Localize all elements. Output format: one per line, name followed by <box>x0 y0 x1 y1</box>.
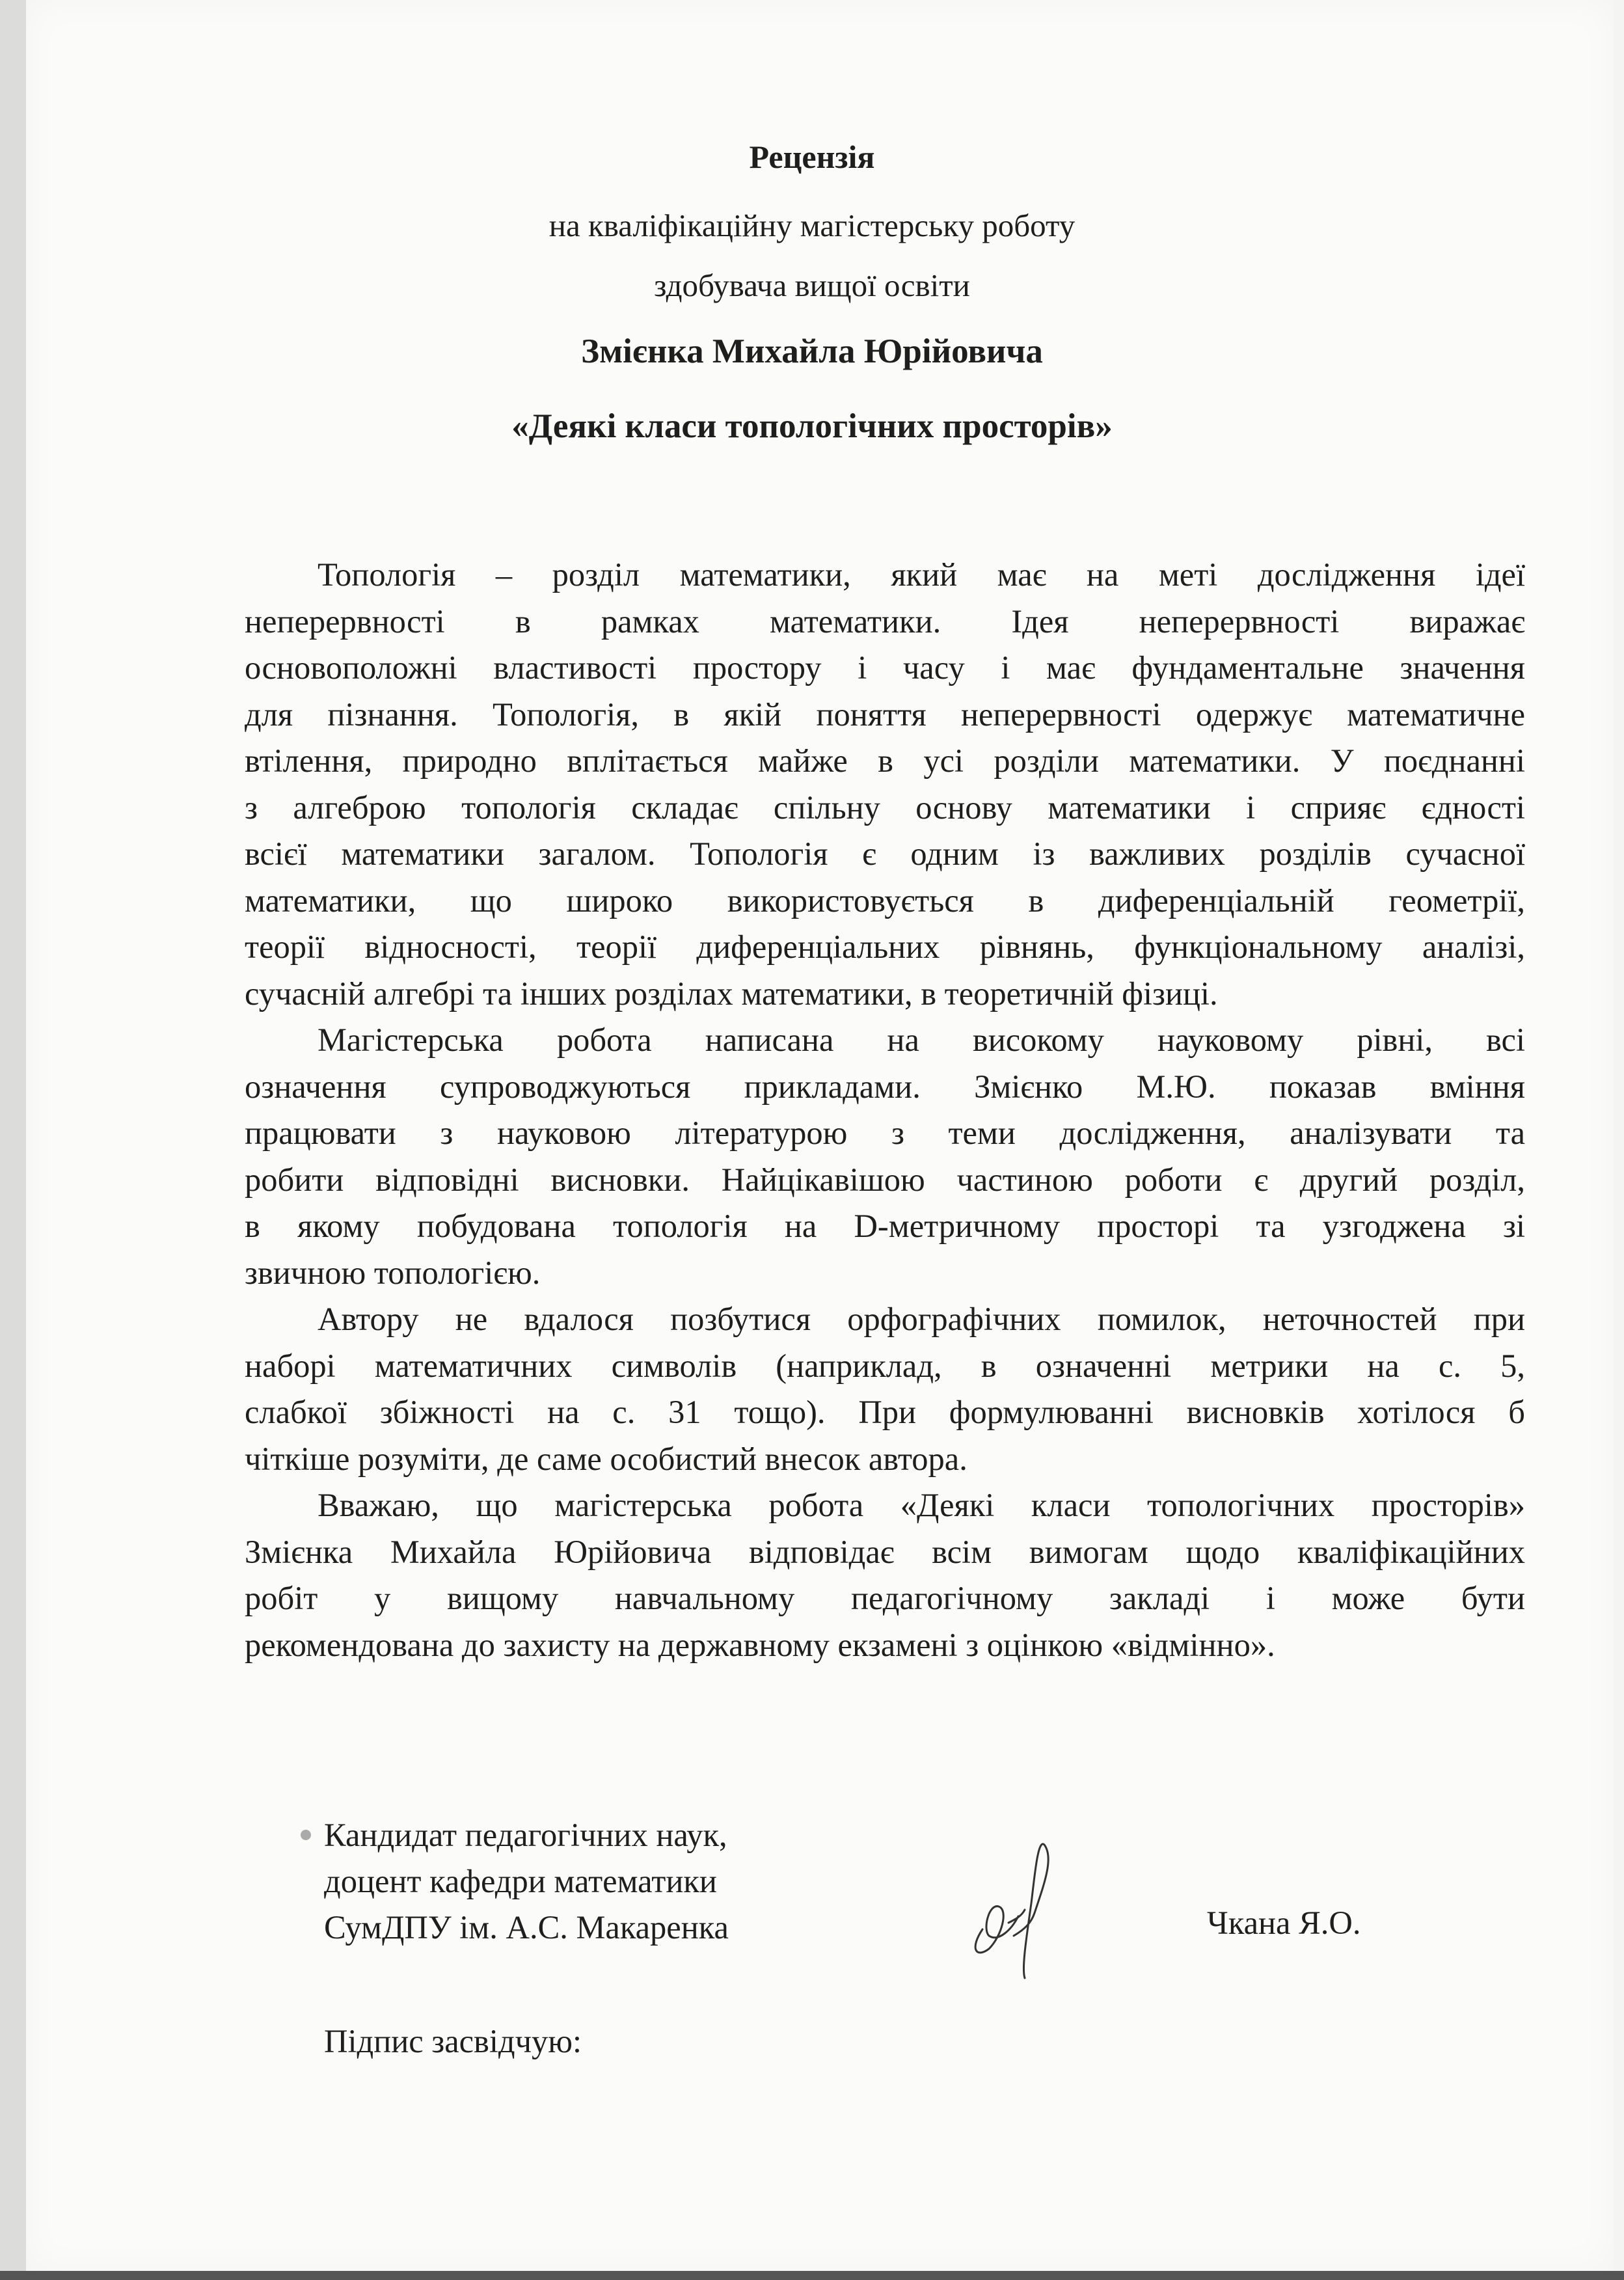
text-line: робіт у вищому навчальному педагогічному… <box>245 1575 1525 1622</box>
text-line: сучасній алгебрі та інших розділах матем… <box>245 971 1525 1018</box>
paragraph-2: Магістерська робота написана на високому… <box>245 1017 1525 1296</box>
text-line: з алгеброю топологія складає спільну осн… <box>245 785 1525 832</box>
reviewer-institution: СумДПУ ім. А.С. Макаренка <box>324 1905 729 1951</box>
text-line: основоположні властивості простору і час… <box>245 645 1525 692</box>
text-line: Топологія – розділ математики, який має … <box>245 552 1525 599</box>
text-line: працювати з науковою літературою з теми … <box>245 1110 1525 1157</box>
reviewer-degree: Кандидат педагогічних наук, <box>324 1812 729 1858</box>
text-line: неперервності в рамках математики. Ідея … <box>245 599 1525 645</box>
text-line: всієї математики загалом. Топологія є од… <box>245 831 1525 878</box>
text-line: математики, що широко використовується в… <box>245 878 1525 925</box>
reviewer-credentials: Кандидат педагогічних наук, доцент кафед… <box>324 1812 729 1951</box>
scan-dot-mark <box>301 1830 311 1840</box>
handwritten-signature-icon <box>963 1838 1080 1981</box>
scan-bottom-edge <box>0 2271 1624 2280</box>
text-line: в якому побудована топологія на D-метрич… <box>245 1203 1525 1250</box>
text-line: Змієнка Михайла Юрійовича відповідає всі… <box>245 1529 1525 1576</box>
text-line: для пізнання. Топологія, в якій поняття … <box>245 692 1525 739</box>
reviewer-name: Чкана Я.О. <box>1207 1904 1360 1942</box>
text-line: означення супроводжуються прикладами. Зм… <box>245 1064 1525 1111</box>
paragraph-3: Автору не вдалося позбутися орфографічни… <box>245 1296 1525 1482</box>
text-line: Вважаю, що магістерська робота «Деякі кл… <box>245 1482 1525 1529</box>
text-line: чіткіше розуміти, де саме особистий внес… <box>245 1436 1525 1483</box>
student-name: Змієнка Михайла Юрійовича <box>0 332 1624 371</box>
document-subtitle-1: на кваліфікаційну магістерську роботу <box>0 207 1624 244</box>
review-body: Топологія – розділ математики, який має … <box>245 552 1525 1668</box>
document-subtitle-2: здобувача вищої освіти <box>0 267 1624 304</box>
text-line: слабкої збіжності на с. 31 тощо). При фо… <box>245 1389 1525 1436</box>
text-line: теорії відносності, теорії диференціальн… <box>245 924 1525 971</box>
paragraph-4: Вважаю, що магістерська робота «Деякі кл… <box>245 1482 1525 1668</box>
text-line: рекомендована до захисту на державному е… <box>245 1622 1525 1669</box>
text-line: наборі математичних символів (наприклад,… <box>245 1343 1525 1390</box>
text-line: втілення, природно вплітається майже в у… <box>245 738 1525 785</box>
paragraph-1: Топологія – розділ математики, який має … <box>245 552 1525 1017</box>
reviewer-position: доцент кафедри математики <box>324 1858 729 1905</box>
text-line: Магістерська робота написана на високому… <box>245 1017 1525 1064</box>
thesis-topic: «Деякі класи топологічних просторів» <box>0 407 1624 446</box>
document-title: Рецензія <box>0 138 1624 176</box>
signature-certification-label: Підпис засвідчую: <box>324 2022 582 2060</box>
text-line: робити відповідні висновки. Найцікавішою… <box>245 1157 1525 1204</box>
text-line: звичною топологією. <box>245 1250 1525 1297</box>
text-line: Автору не вдалося позбутися орфографічни… <box>245 1296 1525 1343</box>
